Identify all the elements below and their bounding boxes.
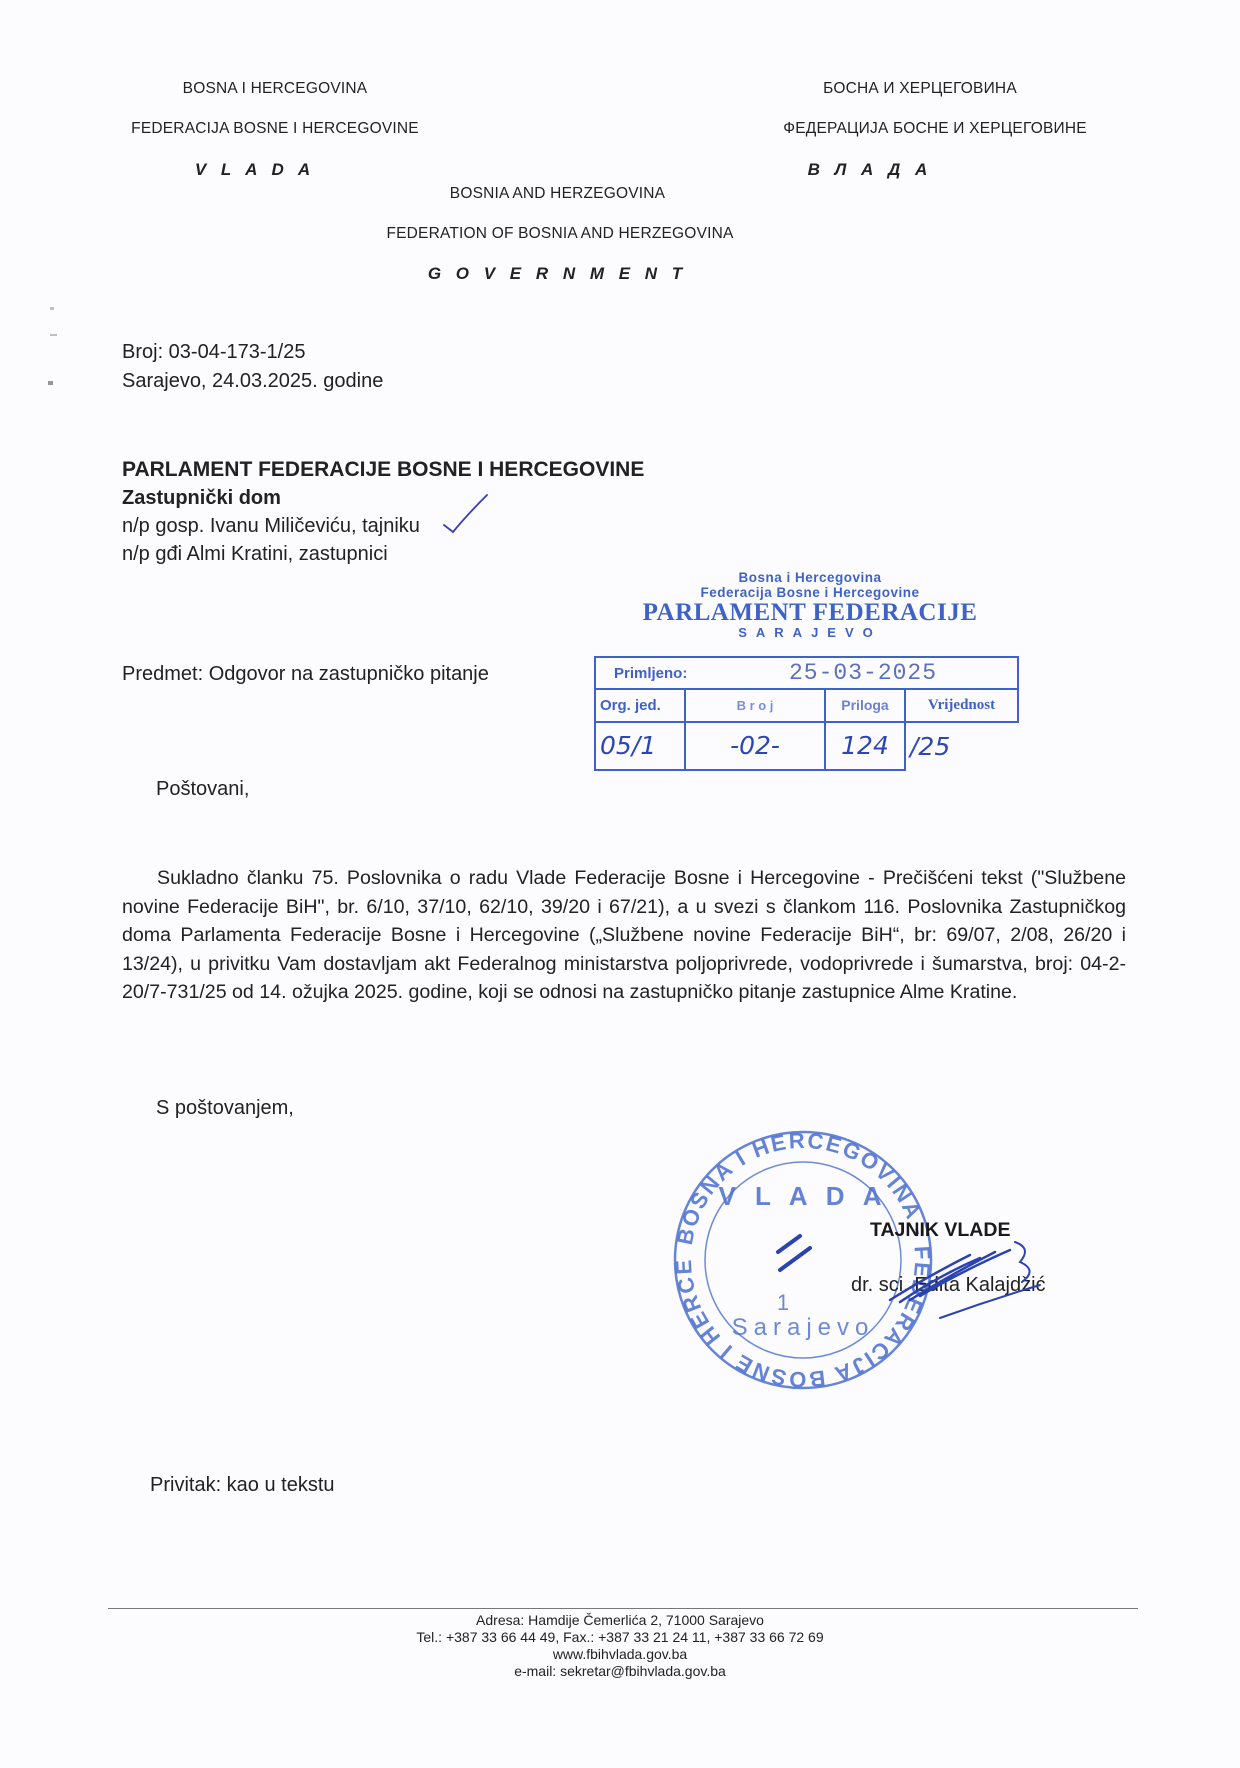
col-vrijednost: Vrijednost: [905, 689, 1018, 721]
received-date-value: 25-03-2025: [789, 660, 937, 686]
footer-phones: Tel.: +387 33 66 44 49, Fax.: +387 33 21…: [360, 1629, 880, 1646]
footer: Adresa: Hamdije Čemerlića 2, 71000 Saraj…: [360, 1612, 880, 1680]
letterhead-left: BOSNA I HERCEGOVINA FEDERACIJA BOSNE I H…: [100, 80, 450, 180]
letterhead-right-body: В Л А Д А: [615, 160, 1125, 180]
subject-line: Predmet: Odgovor na zastupničko pitanje: [122, 663, 489, 686]
letterhead-right-entity: ФЕДЕРАЦИЈА БОСНЕ И ХЕРЦЕГОВИНЕ: [745, 120, 1125, 160]
col-org-jed: Org. jed.: [595, 689, 685, 721]
body-paragraph: Sukladno članku 75. Poslovnika o radu Vl…: [122, 864, 1126, 1007]
letterhead-right-country: БОСНА И ХЕРЦЕГОВИНА: [715, 80, 1125, 120]
col-broj: B r o j: [685, 689, 825, 721]
stamp-line-3: PARLAMENT FEDERACIJE: [615, 600, 1005, 625]
footer-divider: [108, 1608, 1138, 1609]
letterhead-left-country: BOSNA I HERCEGOVINA: [100, 80, 450, 120]
recipient-block: PARLAMENT FEDERACIJE BOSNE I HERCEGOVINE…: [122, 456, 644, 568]
footer-address: Adresa: Hamdije Čemerlića 2, 71000 Saraj…: [360, 1612, 880, 1629]
val-vrijednost: /25: [905, 722, 1018, 770]
col-priloga: Priloga: [825, 689, 905, 721]
handwritten-signature: [770, 1230, 1050, 1330]
letterhead-right: БОСНА И ХЕРЦЕГОВИНА ФЕДЕРАЦИЈА БОСНЕ И Х…: [775, 80, 1125, 180]
stamp-line-1: Bosna i Hercegovina: [615, 570, 1005, 585]
letterhead-center: BOSNIA AND HERZEGOVINA FEDERATION OF BOS…: [370, 185, 870, 284]
scan-mark: [48, 381, 53, 385]
val-broj: -02-: [685, 722, 825, 770]
scan-mark: [50, 334, 57, 336]
scan-mark: [50, 307, 54, 310]
stamp-line-2: Federacija Bosne i Hercegovine: [615, 585, 1005, 600]
seal-inner-top: V L A D A: [718, 1181, 887, 1211]
letterhead-center-entity: FEDERATION OF BOSNIA AND HERZEGOVINA: [250, 225, 870, 264]
closing: S poštovanjem,: [156, 1097, 294, 1120]
reference-block: Broj: 03-04-173-1/25 Sarajevo, 24.03.202…: [122, 338, 383, 396]
attachment-note: Privitak: kao u tekstu: [150, 1474, 335, 1497]
recipient-house: Zastupnički dom: [122, 484, 644, 512]
recipient-institution: PARLAMENT FEDERACIJE BOSNE I HERCEGOVINE: [122, 456, 644, 484]
checkmark-icon: [440, 492, 490, 542]
greeting: Poštovani,: [156, 778, 249, 801]
letterhead-center-body: G O V E R N M E N T: [245, 264, 870, 284]
letterhead-center-country: BOSNIA AND HERZEGOVINA: [245, 185, 870, 225]
val-org-jed: 05/1: [595, 722, 685, 770]
stamp-line-4: SARAJEVO: [615, 625, 1005, 641]
received-date: 25-03-2025: [825, 657, 1018, 689]
recipient-attn-2: n/p gđi Almi Kratini, zastupnici: [122, 540, 644, 568]
letterhead-left-entity: FEDERACIJA BOSNE I HERCEGOVINE: [100, 120, 450, 160]
reference-place-date: Sarajevo, 24.03.2025. godine: [122, 367, 383, 396]
footer-web[interactable]: www.fbihvlada.gov.ba: [360, 1646, 880, 1663]
parliament-receipt-stamp: Bosna i Hercegovina Federacija Bosne i H…: [615, 570, 1005, 641]
recipient-attn-1: n/p gosp. Ivanu Miličeviću, tajniku: [122, 512, 644, 540]
letterhead-left-body: V L A D A: [60, 160, 450, 180]
val-priloga: 124: [825, 722, 905, 770]
reference-number: Broj: 03-04-173-1/25: [122, 338, 383, 367]
footer-email[interactable]: e-mail: sekretar@fbihvlada.gov.ba: [360, 1663, 880, 1680]
registry-table: Primljeno: 25-03-2025 Org. jed. B r o j …: [594, 656, 1019, 771]
